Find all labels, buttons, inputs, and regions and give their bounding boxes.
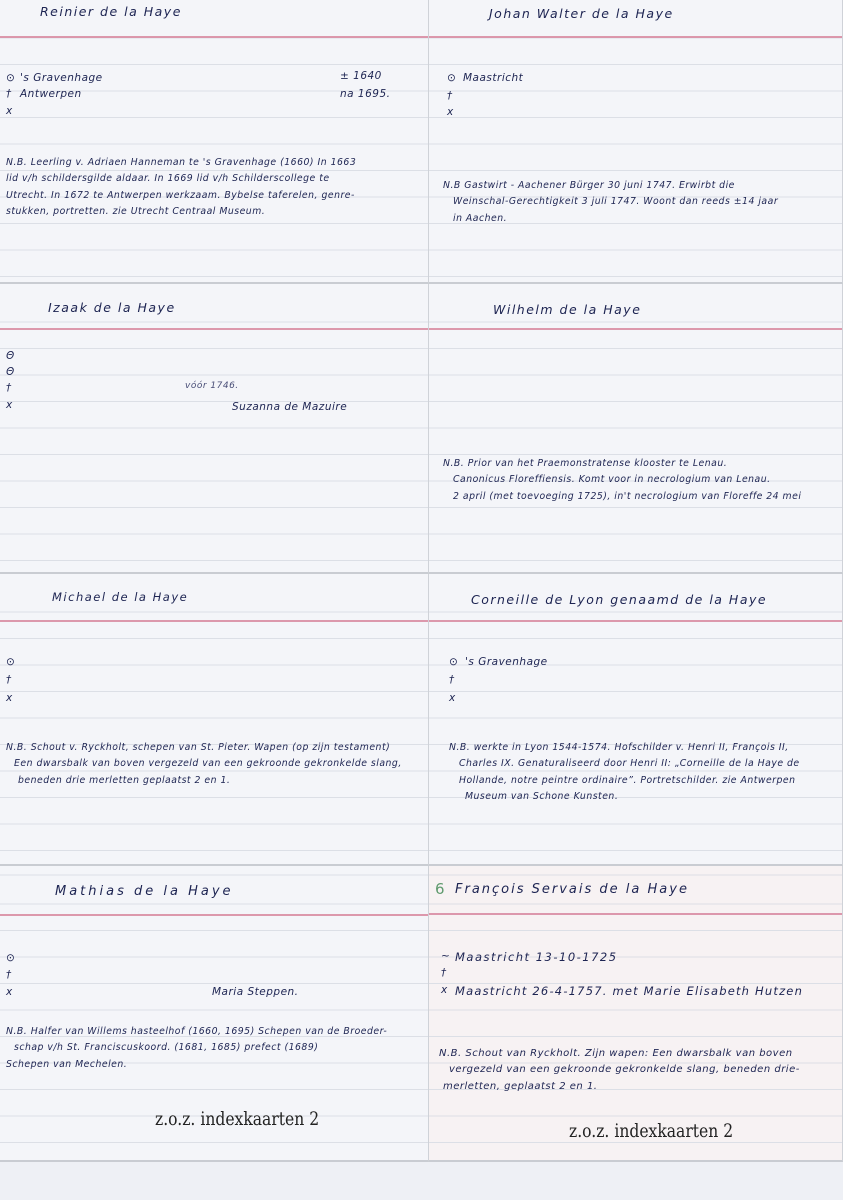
card-name: François Servais de la Haye bbox=[455, 882, 689, 897]
married-symbol: x bbox=[441, 984, 448, 996]
card-name: Reinier de la Haye bbox=[40, 4, 182, 19]
header-rule bbox=[0, 914, 428, 916]
baptized-symbol: Θ bbox=[6, 366, 15, 378]
header-rule bbox=[0, 328, 428, 330]
died-symbol: † bbox=[6, 674, 12, 686]
born-symbol: ⊙ bbox=[6, 952, 15, 964]
died-symbol: † bbox=[6, 88, 12, 100]
married-symbol: x bbox=[447, 106, 454, 118]
index-card-johan-walter: Johan Walter de la Haye ⊙ Maastricht † x… bbox=[429, 0, 843, 284]
card-name: Mathias de la Haye bbox=[55, 884, 234, 899]
baptized-symbol: ~ bbox=[441, 950, 450, 962]
card-name: Wilhelm de la Haye bbox=[493, 302, 641, 317]
card-note: N.B. Prior van het Praemonstratense kloo… bbox=[443, 456, 843, 505]
card-note: N.B. Schout v. Ryckholt, schepen van St.… bbox=[6, 740, 429, 789]
card-note: N.B. werkte in Lyon 1544-1574. Hofschild… bbox=[449, 740, 843, 805]
married-symbol: x bbox=[6, 692, 13, 704]
index-card-reinier: Reinier de la Haye ⊙ 's Gravenhage ± 164… bbox=[0, 0, 429, 284]
died-symbol: † bbox=[6, 969, 12, 981]
index-card-francois-servais: 6 François Servais de la Haye ~ Maastric… bbox=[429, 866, 843, 1162]
born-symbol: Θ bbox=[6, 350, 15, 362]
header-rule bbox=[429, 620, 842, 622]
died-date: vóór 1746. bbox=[185, 381, 239, 391]
born-symbol: ⊙ bbox=[6, 656, 15, 668]
died-symbol: † bbox=[449, 674, 455, 686]
card-name: Michael de la Haye bbox=[52, 590, 188, 604]
header-rule bbox=[429, 36, 842, 38]
born-place: 's Gravenhage bbox=[20, 72, 103, 84]
born-symbol: ⊙ bbox=[447, 72, 456, 84]
card-note: N.B. Halfer van Willems hasteelhof (1660… bbox=[6, 1024, 429, 1073]
header-rule bbox=[0, 36, 428, 38]
header-rule bbox=[429, 913, 842, 915]
died-symbol: † bbox=[447, 90, 453, 102]
died-symbol: † bbox=[441, 967, 447, 979]
born-place: 's Gravenhage bbox=[465, 656, 548, 668]
card-name: Corneille de Lyon genaamd de la Haye bbox=[471, 592, 767, 607]
card-note: N.B Gastwirt - Aachener Bürger 30 juni 1… bbox=[443, 178, 843, 227]
spouse-name: Maria Steppen. bbox=[212, 986, 299, 998]
baptized-record: Maastricht 13-10-1725 bbox=[455, 950, 618, 964]
overleaf-stamp: z.o.z. indexkaarten 2 bbox=[569, 1120, 733, 1142]
header-rule bbox=[0, 620, 428, 622]
card-note: N.B. Leerling v. Adriaen Hanneman te 's … bbox=[6, 155, 426, 220]
index-card-michael: Michael de la Haye ⊙ † x N.B. Schout v. … bbox=[0, 574, 429, 866]
died-place: Antwerpen bbox=[20, 88, 82, 100]
born-symbol: ⊙ bbox=[449, 656, 458, 668]
header-rule bbox=[429, 328, 842, 330]
born-place: Maastricht bbox=[463, 72, 523, 84]
card-index-number: 6 bbox=[435, 880, 446, 898]
died-symbol: † bbox=[6, 382, 12, 394]
card-name: Johan Walter de la Haye bbox=[489, 6, 674, 21]
married-symbol: x bbox=[6, 986, 13, 998]
index-card-wilhelm: Wilhelm de la Haye N.B. Prior van het Pr… bbox=[429, 284, 843, 574]
spouse-name: Suzanna de Mazuire bbox=[232, 401, 347, 413]
overleaf-stamp: z.o.z. indexkaarten 2 bbox=[155, 1108, 319, 1130]
card-note: N.B. Schout van Ryckholt. Zijn wapen: Ee… bbox=[439, 1046, 843, 1095]
index-card-izaak: Izaak de la Haye Θ Θ † vóór 1746. x Suza… bbox=[0, 284, 429, 574]
born-date: ± 1640 bbox=[340, 70, 382, 82]
married-symbol: x bbox=[449, 692, 456, 704]
born-symbol: ⊙ bbox=[6, 72, 15, 84]
died-date: na 1695. bbox=[340, 88, 391, 100]
index-card-corneille-de-lyon: Corneille de Lyon genaamd de la Haye ⊙ '… bbox=[429, 574, 843, 866]
marriage-record: Maastricht 26-4-1757. met Marie Elisabet… bbox=[455, 984, 803, 998]
married-symbol: x bbox=[6, 399, 13, 411]
card-name: Izaak de la Haye bbox=[48, 300, 176, 315]
index-card-sheet: Reinier de la Haye ⊙ 's Gravenhage ± 164… bbox=[0, 0, 843, 1162]
index-card-mathias: Mathias de la Haye ⊙ † x Maria Steppen. … bbox=[0, 866, 429, 1162]
married-symbol: x bbox=[6, 105, 13, 117]
